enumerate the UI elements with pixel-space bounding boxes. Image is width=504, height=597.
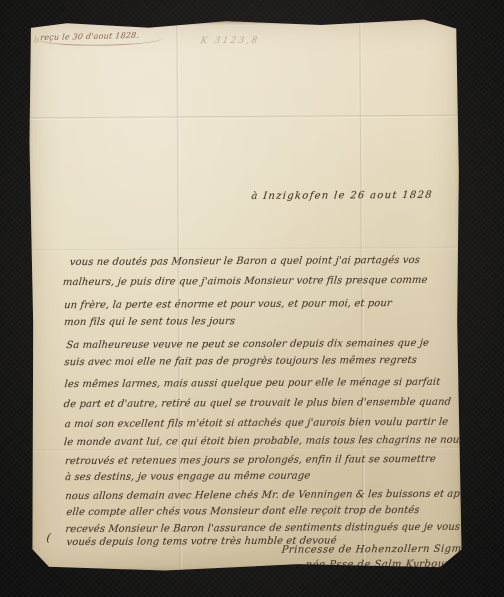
horizontal-fold-crease-top — [29, 115, 459, 121]
letter-dateline: à Inzigkofen le 26 aout 1828 — [251, 189, 434, 203]
letter-line: Sa malheureuse veuve ne peut se consoler… — [66, 337, 430, 352]
letter-line: mon fils qui le sent tous les jours — [64, 315, 236, 329]
letter-paper: a b reçu le 30 d'aout 1828. K 3123,8 à I… — [28, 19, 461, 572]
letter-line: les mêmes larmes, mais aussi quelque peu… — [64, 376, 441, 391]
received-note-underline — [38, 30, 162, 47]
letter-line: nous allons demain avec Helene chés Mr. … — [65, 488, 477, 504]
letter-line: suis avec moi elle ne fait pas de progrè… — [64, 354, 418, 369]
vertical-fold-crease-right — [359, 19, 365, 569]
photo-background: a b reçu le 30 d'aout 1828. K 3123,8 à I… — [0, 0, 504, 597]
letter-line: un frère, la perte est énorme et pour vo… — [63, 297, 392, 312]
letter-line: elle compte aller chés vous Monsieur don… — [66, 504, 420, 519]
archive-mark: K 3123,8 — [199, 35, 260, 48]
letter-line: a moi son excellent fils m'étoit si atta… — [64, 416, 449, 431]
signature-line1: Princesse de Hohenzollern Sigmaringen — [281, 542, 504, 556]
margin-mark: ( — [46, 531, 52, 544]
vertical-fold-crease-left — [176, 20, 182, 570]
letter-line: à ses destins, je vous engage au même co… — [64, 470, 310, 485]
letter-line: de part et d'autre, retiré au quel se tr… — [63, 396, 452, 411]
letter-line: vous ne doutés pas Monsieur le Baron a q… — [69, 254, 420, 269]
letter-line: le monde avant lui, ce qui étoit bien pr… — [63, 434, 465, 449]
letter-line: retrouvés et retenues mes jours se prolo… — [64, 453, 436, 468]
letter-line: malheurs, je puis dire que j'aimois Mons… — [62, 274, 428, 289]
letter-line: recevés Monsieur le Baron l'assurance de… — [65, 521, 478, 537]
horizontal-fold-crease-middle — [30, 247, 460, 253]
